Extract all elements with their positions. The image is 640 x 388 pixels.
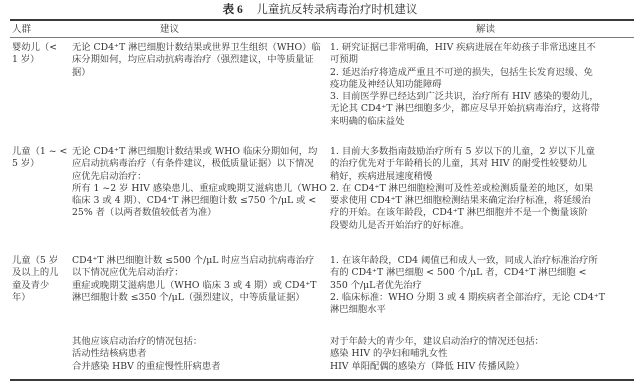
recommendation-cell: CD4⁺T 淋巴细胞计数 ≤500 个/μL 时应当启动抗病毒治疗 以下情况应优… [72,255,322,304]
top-rule [10,19,634,21]
population-cell: 儿童（1 ~ < 5 岁） [12,146,70,171]
interpretation-cell: 1. 目前大多数指南鼓励治疗所有 5 岁以下的儿童，2 岁以下儿童 的治疗优先对… [330,146,630,232]
interpretation-cell: 1. 研究证据已非常明确，HIV 疾病进展在年幼孩子非常迅速且不 可预期 2. … [330,42,630,128]
header-population: 人群 [12,24,31,36]
population-cell: 儿童（5 岁 及以上的儿 童及青少 年） [12,255,70,304]
recommendation-cell: 无论 CD4⁺T 淋巴细胞计数结果或 WHO 临床分期如何，均 应启动抗病毒治疗… [72,146,322,220]
interpretation-cell: 对于年龄大的青少年，建议启动治疗的情况还包括： 感染 HIV 的孕妇和哺乳女性 … [330,336,630,373]
header-rule [10,37,634,38]
interpretation-cell: 1. 在该年龄段，CD4 阈值已和成人一致，同成人治疗标准治疗所 有的 CD4⁺… [330,255,630,316]
recommendation-cell: 无论 CD4⁺T 淋巴细胞计数结果或世界卫生组织（WHO）临 床分期如何，均应启… [72,42,322,79]
watermark [496,22,616,36]
bottom-rule [10,379,634,381]
header-recommendation: 建议 [160,24,179,36]
table-number: 表 6 [223,4,243,16]
population-cell: 婴幼儿（< 1 岁） [12,42,70,67]
recommendation-cell: 其他应该启动治疗的情况包括： 活动性结核病患者 合并感染 HBV 的重症慢性肝病… [72,336,322,373]
table-caption: 表 6 儿童抗反转录病毒治疗时机建议 [0,2,640,17]
table-title: 儿童抗反转录病毒治疗时机建议 [256,2,417,16]
header-interpretation: 解读 [476,24,495,36]
